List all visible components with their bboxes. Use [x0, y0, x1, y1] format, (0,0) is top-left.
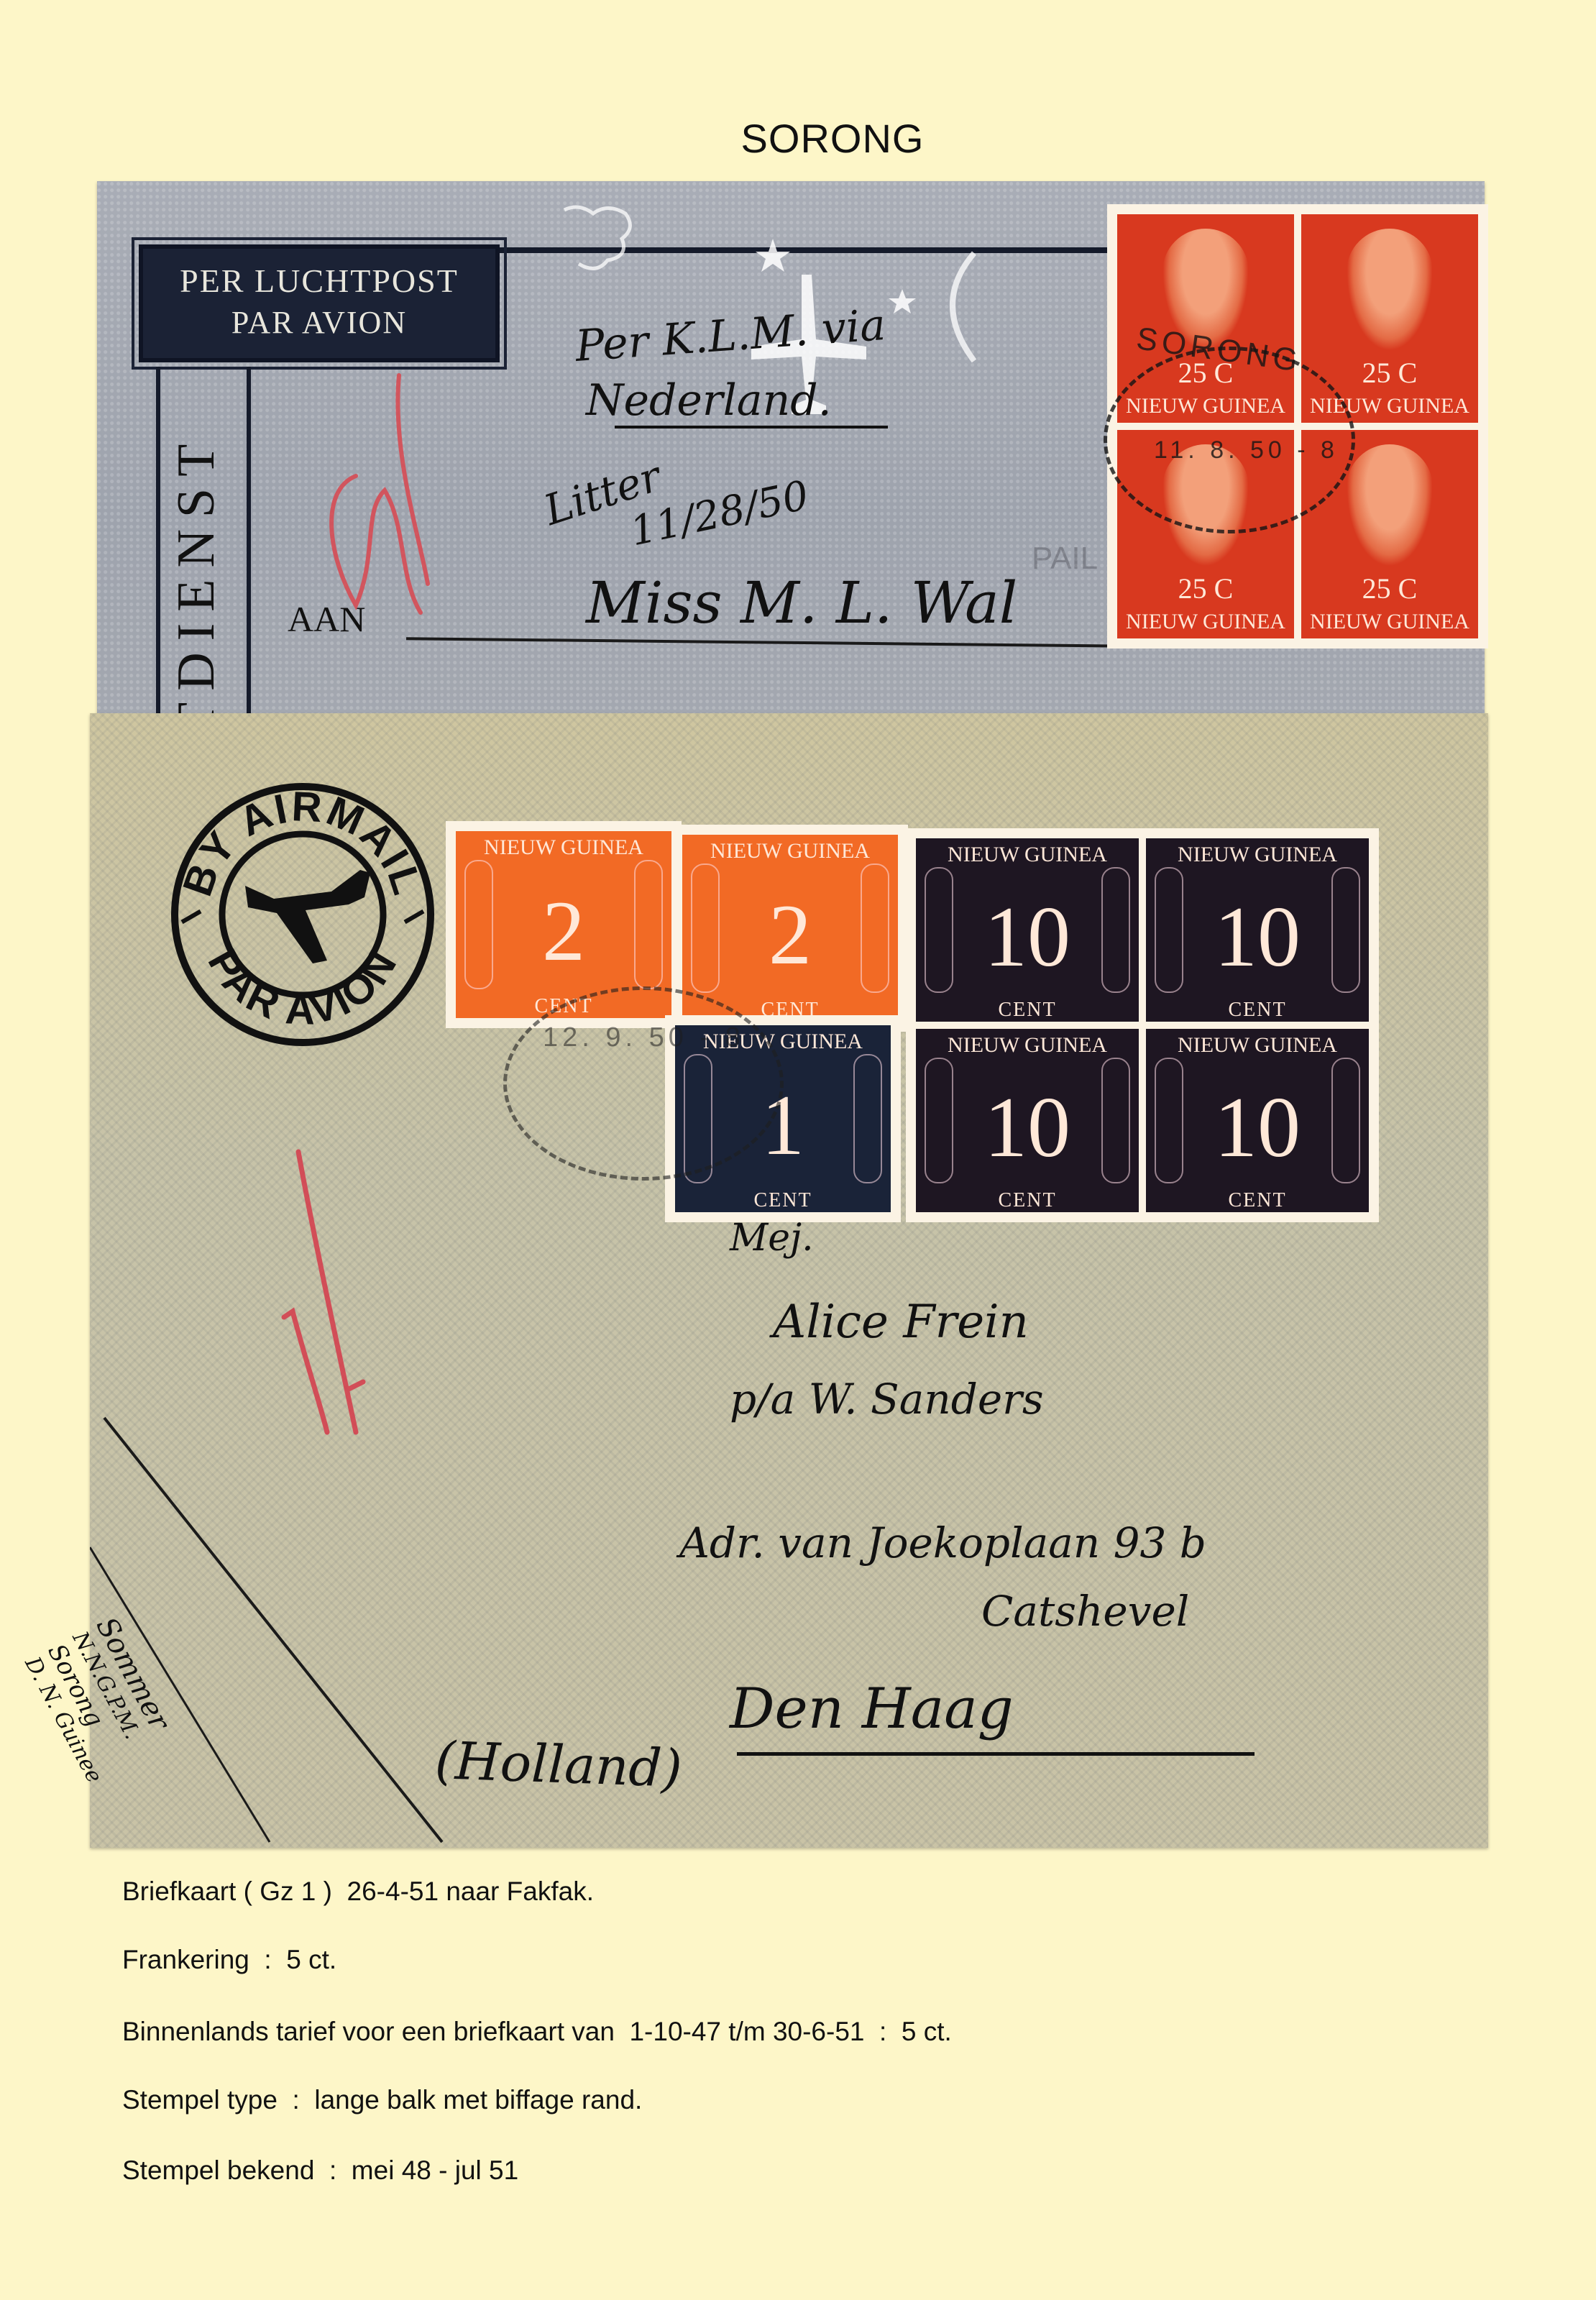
stamp-country: NIEUW GUINEA [710, 839, 870, 863]
stamp-unit: CENT [998, 1189, 1056, 1212]
stamp-country: NIEUW GUINEA [484, 835, 643, 860]
postmark-bottom [503, 986, 784, 1181]
red-crayon-mark-icon [277, 1145, 377, 1447]
address-underline [737, 1752, 1255, 1756]
scroll-ornament-icon [925, 867, 953, 993]
stamp-value: 25 C [1362, 572, 1418, 605]
faint-mark: PAIL [1032, 541, 1098, 577]
svg-text:BY AIRMAIL: BY AIRMAIL [174, 783, 431, 902]
handwritten-routing-line2: Nederland. [586, 375, 832, 426]
airmail-cover-bottom: BY AIRMAIL PAR AVION NIEUW GUINEA 2 CENT… [90, 713, 1488, 1848]
caption-line2: Frankering : 5 ct. [122, 1945, 336, 1975]
caption-line1: Briefkaart ( Gz 1 ) 26-4-51 naar Fakfak. [122, 1877, 594, 1907]
address-line2: Alice Frein [773, 1296, 1029, 1349]
label-line2: PAR AVION [143, 304, 495, 341]
scroll-ornament-icon [1101, 1058, 1130, 1183]
red-crayon-mark-icon [313, 368, 457, 627]
stamp-10c: NIEUW GUINEA 10 CENT [1146, 838, 1369, 1022]
stamp-value: 2 [769, 892, 812, 978]
caption-line5: Stempel bekend : mei 48 - jul 51 [122, 2155, 518, 2186]
scroll-ornament-icon [925, 1058, 953, 1183]
address-line [406, 637, 1197, 649]
stamp-10c: NIEUW GUINEA 10 CENT [916, 1029, 1139, 1212]
luchtpost-label: PER LUCHTPOST PAR AVION [139, 244, 500, 362]
address-line4: Adr. van Joekoplaan 93 b [679, 1518, 1206, 1567]
stamp-value: 25 C [1178, 572, 1234, 605]
page-title: SORONG [0, 115, 1596, 162]
address-line5: Catshevel [981, 1587, 1189, 1636]
stamp-country: NIEUW GUINEA [1178, 1033, 1337, 1058]
queen-portrait-icon [1347, 444, 1433, 567]
scroll-ornament-icon [861, 863, 889, 993]
scroll-ornament-icon [1331, 867, 1360, 993]
handwritten-addressee: Miss M. L. Wal [586, 569, 1017, 636]
stamp-unit: CENT [1228, 999, 1286, 1022]
caption-line4: Stempel type : lange balk met biffage ra… [122, 2085, 642, 2115]
postmark-date: 11. 8. 50 - 8 [1154, 436, 1339, 464]
scroll-ornament-icon [1101, 867, 1130, 993]
stamp-value: 10 [984, 1084, 1070, 1170]
stamp-country: NIEUW GUINEA [948, 843, 1107, 867]
stamp-10c: NIEUW GUINEA 10 CENT [1146, 1029, 1369, 1212]
stamp-country: NIEUW GUINEA [1178, 843, 1337, 867]
label-line1: PER LUCHTPOST [143, 262, 495, 300]
airmail-seal-icon: BY AIRMAIL PAR AVION [166, 778, 439, 1051]
scroll-ornament-icon [1155, 867, 1183, 993]
scroll-ornament-icon [634, 860, 663, 989]
stamp-country: NIEUW GUINEA [948, 1033, 1107, 1058]
address-line3: p/a W. Sanders [730, 1375, 1044, 1424]
scroll-ornament-icon [1155, 1058, 1183, 1183]
stamp-unit: CENT [753, 1189, 812, 1212]
side-band-text: TDIENST [166, 433, 227, 735]
scroll-ornament-icon [853, 1054, 882, 1183]
stamp-country: NIEUW GUINEA [1126, 610, 1285, 634]
stamp-value: 10 [1214, 894, 1301, 980]
stamp-2c: NIEUW GUINEA 2 CENT [682, 835, 898, 1022]
address-line1: Mej. [730, 1217, 814, 1260]
stamp-value: 10 [1214, 1084, 1301, 1170]
diagonal-rule-icon [90, 1403, 492, 1849]
stamp-block-10c: NIEUW GUINEA 10 CENT NIEUW GUINEA 10 CEN… [906, 828, 1379, 1222]
stamp-value: 2 [542, 888, 585, 974]
routing-underline [615, 426, 888, 429]
caption-line3: Binnenlands tarief voor een briefkaart v… [122, 2017, 952, 2047]
stamp-value: 25 C [1362, 356, 1418, 390]
scroll-ornament-icon [464, 860, 493, 989]
scroll-ornament-icon [1331, 1058, 1360, 1183]
scroll-ornament-icon [691, 863, 720, 993]
address-line6: Den Haag [730, 1677, 1014, 1741]
stamp-unit: CENT [1228, 1189, 1286, 1212]
stamp-country: NIEUW GUINEA [1310, 610, 1469, 634]
stamp-value: 10 [984, 894, 1070, 980]
stamp-unit: CENT [998, 999, 1056, 1022]
postmark-date: 12. 9. 50 - 8 [543, 1022, 745, 1053]
airmail-cover-top: PER LUCHTPOST PAR AVION TDIENST Per K.L.… [97, 181, 1485, 735]
queen-portrait-icon [1347, 229, 1433, 351]
stamp-10c: NIEUW GUINEA 10 CENT [916, 838, 1139, 1022]
